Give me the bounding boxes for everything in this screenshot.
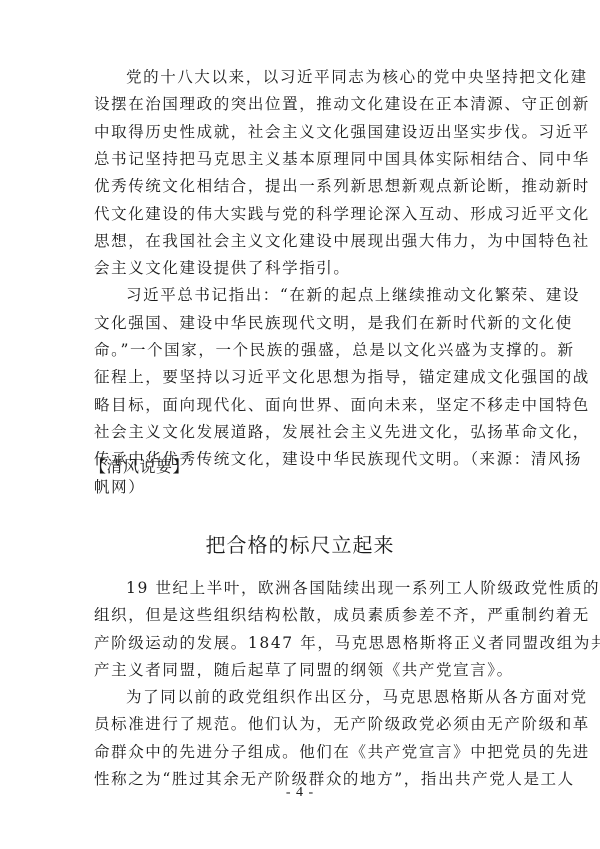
text-line: 组织，但是这些组织结构松散，成员素质参差不齐，严重制约着无: [94, 601, 516, 630]
text-line: 代文化建设的伟大实践与党的科学理论深入互动、形成习近平文化: [94, 200, 516, 229]
text-line: 产阶级运动的发展。1847 年，马克思恩格斯将正义者同盟改组为共: [94, 629, 516, 658]
text-line: 中取得历史性成就，社会主义文化强国建设迈出坚实步伐。习近平: [94, 118, 516, 147]
text-line: 征程上，要坚持以习近平文化思想为指导，锚定建成文化强国的战: [94, 363, 516, 392]
text-line: 命。”一个国家，一个民族的强盛，总是以文化兴盛为支撑的。新: [94, 336, 516, 365]
text-line: 员标准进行了规范。他们认为，无产阶级政党必须由无产阶级和革: [94, 710, 516, 739]
text-line: 习近平总书记指出：“在新的起点上继续推动文化繁荣、建设: [126, 281, 516, 310]
text-line: 命群众中的先进分子组成。他们在《共产党宣言》中把党员的先进: [94, 738, 516, 767]
text-line: 思想，在我国社会主义文化建设中展现出强大伟力，为中国特色社: [94, 227, 516, 256]
text-line: 设摆在治国理政的突出位置，推动文化建设在正本清源、守正创新: [94, 90, 516, 119]
text-line: 为了同以前的政党组织作出区分，马克思恩格斯从各方面对党: [126, 683, 516, 712]
text-line: 党的十八大以来，以习近平同志为核心的党中央坚持把文化建: [126, 63, 516, 92]
article-title: 把合格的标尺立起来: [0, 527, 600, 563]
text-line: 产主义者同盟，随后起草了同盟的纲领《共产党宣言》。: [94, 656, 516, 685]
text-line: 文化强国、建设中华民族现代文明，是我们在新时代新的文化使: [94, 309, 516, 338]
text-line: 19 世纪上半叶，欧洲各国陆续出现一系列工人阶级政党性质的: [126, 574, 516, 603]
text-line: 会主义文化建设提供了科学指引。: [94, 254, 516, 283]
section-tag: 【清风说要】: [90, 452, 189, 481]
text-line: 优秀传统文化相结合，提出一系列新思想新观点新论断，推动新时: [94, 172, 516, 201]
text-line: 社会主义文化发展道路，发展社会主义先进文化，弘扬革命文化，: [94, 418, 516, 447]
page-number: - 4 -: [0, 785, 600, 801]
text-line: 总书记坚持把马克思主义基本原理同中国具体实际相结合、同中华: [94, 145, 516, 174]
document-page: 党的十八大以来，以习近平同志为核心的党中央坚持把文化建 设摆在治国理政的突出位置…: [0, 0, 600, 849]
text-line: 略目标，面向现代化、面向世界、面向未来，坚定不移走中国特色: [94, 391, 516, 420]
